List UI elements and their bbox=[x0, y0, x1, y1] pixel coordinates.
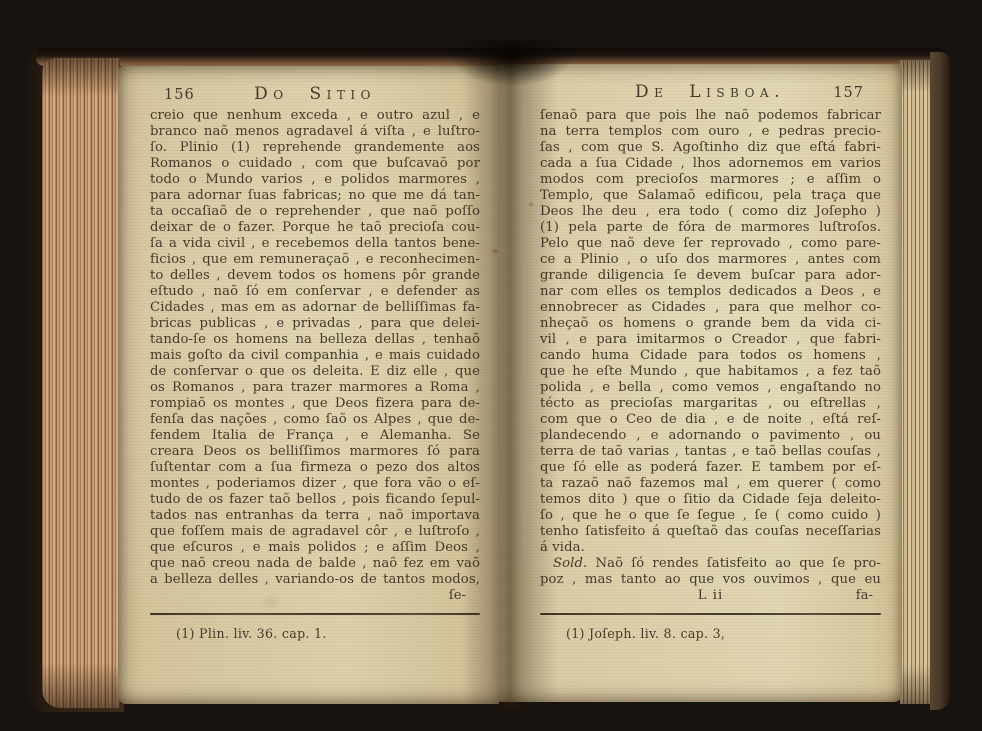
text-line: ſo. Plinio (1) reprehende grandemente ao… bbox=[150, 140, 480, 156]
catchword-row-left: ſe- bbox=[150, 588, 480, 604]
text-line: montes , poderiamos dizer , que fora vão… bbox=[150, 476, 480, 492]
page-edges-left bbox=[42, 58, 120, 708]
text-line: ſenaõ para que pois lhe naõ podemos fabr… bbox=[540, 108, 881, 124]
footnote-rule-left bbox=[150, 613, 480, 615]
text-line: na terra templos com ouro , e pedras pre… bbox=[540, 124, 881, 140]
page-header-right: De Lisboa. 157 bbox=[540, 82, 880, 102]
text-line: tando-ſe os homens na belleza dellas , t… bbox=[150, 332, 480, 348]
signature-row: L ii fa- bbox=[540, 588, 881, 604]
text-line: bricas publicas , e privadas , para que … bbox=[150, 316, 480, 332]
body-text-left: creio que nenhum exceda , e outro azul ,… bbox=[150, 108, 480, 588]
text-line: que ſó elle as poderá fazer. E tambem po… bbox=[540, 460, 881, 476]
running-title-left: Do Sitio bbox=[254, 84, 376, 104]
page-number-left: 156 bbox=[150, 87, 195, 103]
text-line: ſo , que he o que ſe ſegue , ſe ( como c… bbox=[540, 508, 881, 524]
text-line: ſas , com que S. Agoſtinho diz que eſtá … bbox=[540, 140, 881, 156]
gathering-signature: L ii bbox=[540, 588, 881, 604]
running-title-right: De Lisboa. bbox=[635, 82, 785, 102]
text-line: vil , e para imitarmos o Creador , que f… bbox=[540, 332, 881, 348]
text-line: Deos lhe deu , era todo ( como diz Joſep… bbox=[540, 204, 881, 220]
text-line: mais goſto da civil companhia , e mais c… bbox=[150, 348, 480, 364]
catchword-right: fa- bbox=[856, 588, 873, 604]
footnote-rule-right bbox=[540, 613, 881, 615]
text-line: cada a ſua Cidade , lhos adornemos em va… bbox=[540, 156, 881, 172]
text-line: ſuſtentar com a ſua firmeza o pezo dos a… bbox=[150, 460, 480, 476]
text-line: fendem Italia de França , e Alemanha. Se bbox=[150, 428, 480, 444]
text-line: Templo, que Salamaõ edificou, pela traça… bbox=[540, 188, 881, 204]
text-line: que he eſte Mundo , que habitamos , a fe… bbox=[540, 364, 881, 380]
text-line: poz , mas tanto ao que vos ouvimos , que… bbox=[540, 572, 881, 588]
text-line: creara Deos os belliſſimos marmores ſó p… bbox=[150, 444, 480, 460]
text-line: creio que nenhum exceda , e outro azul ,… bbox=[150, 108, 480, 124]
text-line: branco naõ menos agradavel á viſta , e l… bbox=[150, 124, 480, 140]
text-line: temos dito ) que o ſitio da Cidade ſeja … bbox=[540, 492, 881, 508]
text-column-right: ſenaõ para que pois lhe naõ podemos fabr… bbox=[540, 108, 881, 641]
text-line: Pelo que naõ deve ſer reprovado , como p… bbox=[540, 236, 881, 252]
text-line: que eſcuros , e mais polidos ; e aſſim D… bbox=[150, 540, 480, 556]
text-line: fenſa das nações , como ſaõ os Alpes , q… bbox=[150, 412, 480, 428]
text-line: á vida. bbox=[540, 540, 881, 556]
text-line: grande diligencia ſe devem buſcar para a… bbox=[540, 268, 881, 284]
text-line: ce a Plinio , o uſo dos marmores , antes… bbox=[540, 252, 881, 268]
text-line: nar com elles os templos dedicados a Deo… bbox=[540, 284, 881, 300]
text-line: ta razaõ naõ fazemos mal , em querer ( c… bbox=[540, 476, 881, 492]
book-cover-right bbox=[930, 52, 950, 710]
text-line: todo o Mundo varios , e polidos marmores… bbox=[150, 172, 480, 188]
text-line: modos com precioſos marmores ; e aſſim o bbox=[540, 172, 881, 188]
text-line: que naõ creou nada de balde , naõ fez em… bbox=[150, 556, 480, 572]
text-line: cando huma Cidade para todos os homens , bbox=[540, 348, 881, 364]
text-line: tados nas entranhas da terra , naõ impor… bbox=[150, 508, 480, 524]
text-line: rompiaõ os montes , que Deos fizera para… bbox=[150, 396, 480, 412]
text-line: ſa a vida civil , e recebemos della tant… bbox=[150, 236, 480, 252]
text-line: tenho ſatisfeito á queſtaõ das couſas ne… bbox=[540, 524, 881, 540]
page-number-right: 157 bbox=[833, 85, 880, 101]
text-line: nheçaõ os homens o grande bem da vida ci… bbox=[540, 316, 881, 332]
text-line: Cidades , mas em as adornar de belliſſim… bbox=[150, 300, 480, 316]
text-line: a belleza delles , variando-os de tantos… bbox=[150, 572, 480, 588]
book-page-left: 156 Do Sitio creio que nenhum exceda , e… bbox=[118, 66, 499, 704]
catchword-left: ſe- bbox=[449, 588, 466, 603]
text-line: terra de taõ varias , tantas , e taõ bel… bbox=[540, 444, 881, 460]
text-line: eſtudo , naõ ſó em conſervar , e defende… bbox=[150, 284, 480, 300]
text-line: para adornar ſuas fabricas; no que me dá… bbox=[150, 188, 480, 204]
text-line: to delles , devem todos os homens pôr gr… bbox=[150, 268, 480, 284]
body-text-right: ſenaõ para que pois lhe naõ podemos fabr… bbox=[540, 108, 881, 588]
text-column-left: creio que nenhum exceda , e outro azul ,… bbox=[150, 108, 480, 641]
text-line: Romanos o cuidado , com que buſcavaõ por bbox=[150, 156, 480, 172]
footnote-right: (1) Joſeph. liv. 8. cap. 3, bbox=[540, 626, 881, 641]
page-edges-right bbox=[900, 60, 932, 704]
book-photograph: 156 Do Sitio creio que nenhum exceda , e… bbox=[0, 0, 982, 731]
text-line: os Romanos , para trazer marmores a Roma… bbox=[150, 380, 480, 396]
text-line: com que o Ceo de dia , e de noite , eſtá… bbox=[540, 412, 881, 428]
text-line: tudo de os fazer taõ bellos , pois fican… bbox=[150, 492, 480, 508]
text-line: ta occaſiaõ de o reprehender , que naõ p… bbox=[150, 204, 480, 220]
text-line: plandecendo , e adornando o pavimento , … bbox=[540, 428, 881, 444]
text-line: polida , e bella , como vemos , engaſtan… bbox=[540, 380, 881, 396]
text-line: (1) pela parte de fóra de marmores luſtr… bbox=[540, 220, 881, 236]
book-page-right: De Lisboa. 157 ſenaõ para que pois lhe n… bbox=[499, 64, 902, 702]
text-line: Sold. Naõ ſó rendes ſatisfeito ao que ſe… bbox=[540, 556, 881, 572]
text-line: de conſervar o que os deleita. E diz ell… bbox=[150, 364, 480, 380]
text-line: deixar de o fazer. Porque he taõ precioſ… bbox=[150, 220, 480, 236]
page-header-left: 156 Do Sitio bbox=[150, 84, 480, 104]
footnote-left: (1) Plin. liv. 36. cap. 1. bbox=[150, 626, 480, 641]
text-line: ficios , que em remuneraçaõ , e reconhec… bbox=[150, 252, 480, 268]
text-line: técto as precioſas margaritas , ou eſtre… bbox=[540, 396, 881, 412]
text-line: que foſſem mais de agradavel côr , e luſ… bbox=[150, 524, 480, 540]
text-line: ennobrecer as Cidades , para que melhor … bbox=[540, 300, 881, 316]
